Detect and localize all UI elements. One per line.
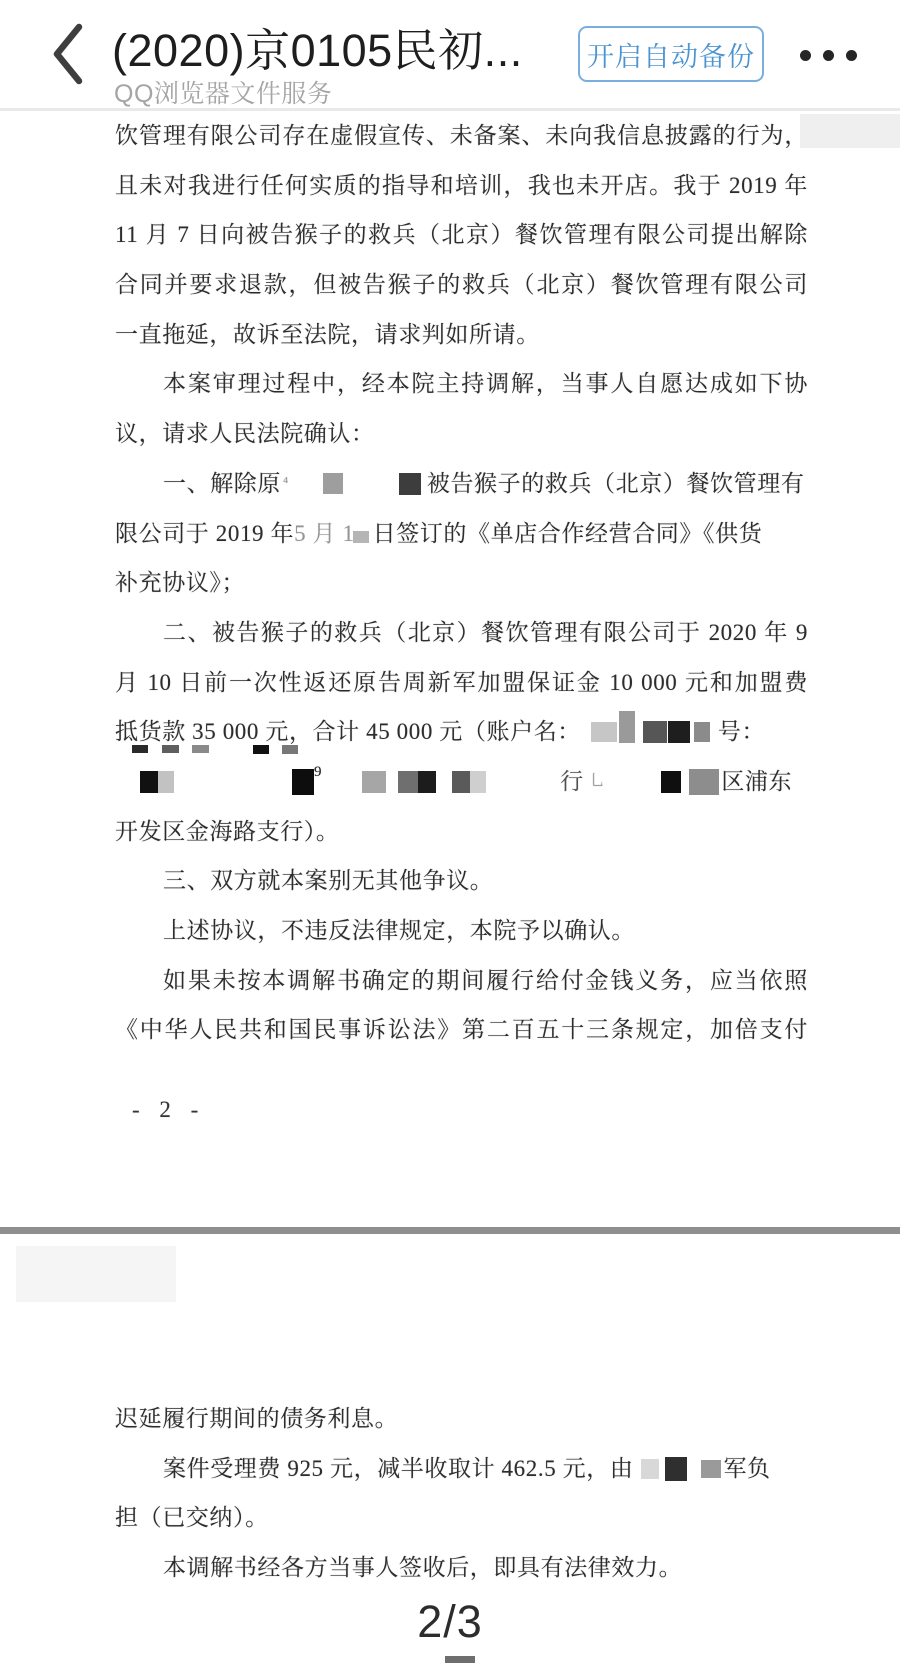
redaction-block xyxy=(470,771,486,793)
document-line: 三、双方就本案别无其他争议。 xyxy=(0,856,900,906)
redaction-block xyxy=(694,722,710,742)
document-text: 区浦东 xyxy=(721,757,792,807)
document-text: 军负 xyxy=(723,1444,770,1494)
redaction-block xyxy=(641,1459,659,1479)
document-text: 限公司于 2019 年 xyxy=(115,509,294,559)
scan-mark: ⁴ xyxy=(283,476,289,491)
more-options-button[interactable] xyxy=(798,48,859,63)
ellipsis-dot-icon xyxy=(823,50,834,61)
page-subtitle: QQ浏览器文件服务 xyxy=(114,74,332,110)
document-line: 如果未按本调解书确定的期间履行给付金钱义务，应当依照 xyxy=(0,956,900,1006)
redaction-block xyxy=(353,531,369,543)
auto-backup-button[interactable]: 开启自动备份 xyxy=(578,26,764,82)
redaction-block xyxy=(292,769,314,795)
redaction-block xyxy=(689,769,719,795)
redaction-block xyxy=(701,1460,721,1478)
ellipsis-dot-icon xyxy=(800,50,811,61)
redaction-block xyxy=(665,1457,687,1481)
back-chevron-icon xyxy=(49,22,87,89)
document-line: 一、解除原⁴被告猴子的救兵（北京）餐饮管理有 xyxy=(0,459,900,509)
redaction-block xyxy=(158,771,174,793)
document-line: 11 月 7 日向被告猴子的救兵（北京）餐饮管理有限公司提出解除 xyxy=(0,210,900,260)
document-line: 迟延履行期间的债务利息。 xyxy=(0,1394,900,1444)
document-line: 限公司于 2019 年 5 月 1日签订的《单店合作经营合同》《供货 xyxy=(0,509,900,559)
ellipsis-dot-icon xyxy=(846,50,857,61)
redaction-block xyxy=(399,473,421,495)
document-line: 本调解书经各方当事人签收后，即具有法律效力。 xyxy=(0,1543,900,1593)
document-text: 案件受理费 925 元，减半收取计 462.5 元，由 xyxy=(163,1444,633,1494)
redaction-block xyxy=(643,721,667,743)
document-line: 月 10 日前一次性返还原告周新军加盟保证金 10 000 元和加盟费 xyxy=(0,658,900,708)
scan-artifact xyxy=(800,114,900,148)
redaction-block xyxy=(418,771,436,793)
document-text: 行 xyxy=(560,757,584,807)
document-line: 补充协议》； xyxy=(0,558,900,608)
redaction-mark xyxy=(192,745,209,753)
document-line: 且未对我进行任何实质的指导和培训，我也未开店。我于 2019 年 xyxy=(0,161,900,211)
document-line: 一直拖延，故诉至法院，请求判如所请。 xyxy=(0,310,900,360)
document-text: 号： xyxy=(718,707,765,757)
scan-mark: 9 xyxy=(314,748,322,798)
document-line: 二、被告猴子的救兵（北京）餐饮管理有限公司于 2020 年 9 xyxy=(0,608,900,658)
redaction-block xyxy=(452,771,470,793)
document-text: 5 月 1 xyxy=(294,509,355,559)
redaction-mark xyxy=(132,745,148,753)
document-line: 饮管理有限公司存在虚假宣传、未备案、未向我信息披露的行为， xyxy=(0,111,900,161)
scan-mark: 乚 xyxy=(590,774,606,789)
back-button[interactable] xyxy=(46,22,90,88)
redaction-block xyxy=(323,473,343,494)
document-line: 开发区金海路支行）。 xyxy=(0,807,900,857)
document-line: 《中华人民共和国民事诉讼法》第二百五十三条规定，加倍支付 xyxy=(0,1005,900,1055)
redaction-block xyxy=(398,771,418,793)
document-line: 议，请求人民法院确认： xyxy=(0,409,900,459)
page-title: (2020)京0105民初... xyxy=(112,14,564,79)
document-line: 案件受理费 925 元，减半收取计 462.5 元，由军负 xyxy=(0,1444,900,1494)
page-indicator: 2/3 xyxy=(0,1596,900,1648)
document-page-3: 迟延履行期间的债务利息。案件受理费 925 元，减半收取计 462.5 元，由军… xyxy=(0,1394,900,1593)
page-break-divider xyxy=(0,1227,900,1234)
document-text: 一、解除原 xyxy=(163,459,281,509)
document-text: 被告猴子的救兵（北京）餐饮管理有 xyxy=(427,459,805,509)
document-line: 担（已交纳）。 xyxy=(0,1493,900,1543)
redaction-block xyxy=(140,771,158,793)
redaction-block xyxy=(362,771,386,793)
redaction-block xyxy=(591,722,617,742)
document-line: 上述协议，不违反法律规定，本院予以确认。 xyxy=(0,906,900,956)
scan-artifact xyxy=(445,1656,475,1663)
document-line: 9行乚区浦东 xyxy=(0,757,900,807)
scan-artifact xyxy=(16,1246,176,1302)
redaction-mark xyxy=(282,745,298,754)
redaction-mark xyxy=(162,745,179,753)
app-header: (2020)京0105民初... QQ浏览器文件服务 开启自动备份 xyxy=(0,0,900,108)
redaction-block xyxy=(668,721,690,743)
redaction-block xyxy=(661,771,681,793)
document-line: 抵货款 35 000 元，合计 45 000 元（账户名：号： xyxy=(0,707,900,757)
document-line: 本案审理过程中，经本院主持调解，当事人自愿达成如下协 xyxy=(0,359,900,409)
document-page-number: - 2 - xyxy=(0,1097,900,1123)
redaction-mark xyxy=(253,745,269,754)
document-text: 抵货款 35 000 元，合计 45 000 元（账户名： xyxy=(115,707,581,757)
document-line: 合同并要求退款，但被告猴子的救兵（北京）餐饮管理有限公司 xyxy=(0,260,900,310)
document-text: 日签订的《单店合作经营合同》《供货 xyxy=(373,509,763,559)
redaction-block xyxy=(619,711,635,743)
document-page-2: 饮管理有限公司存在虚假宣传、未备案、未向我信息披露的行为，且未对我进行任何实质的… xyxy=(0,111,900,1123)
